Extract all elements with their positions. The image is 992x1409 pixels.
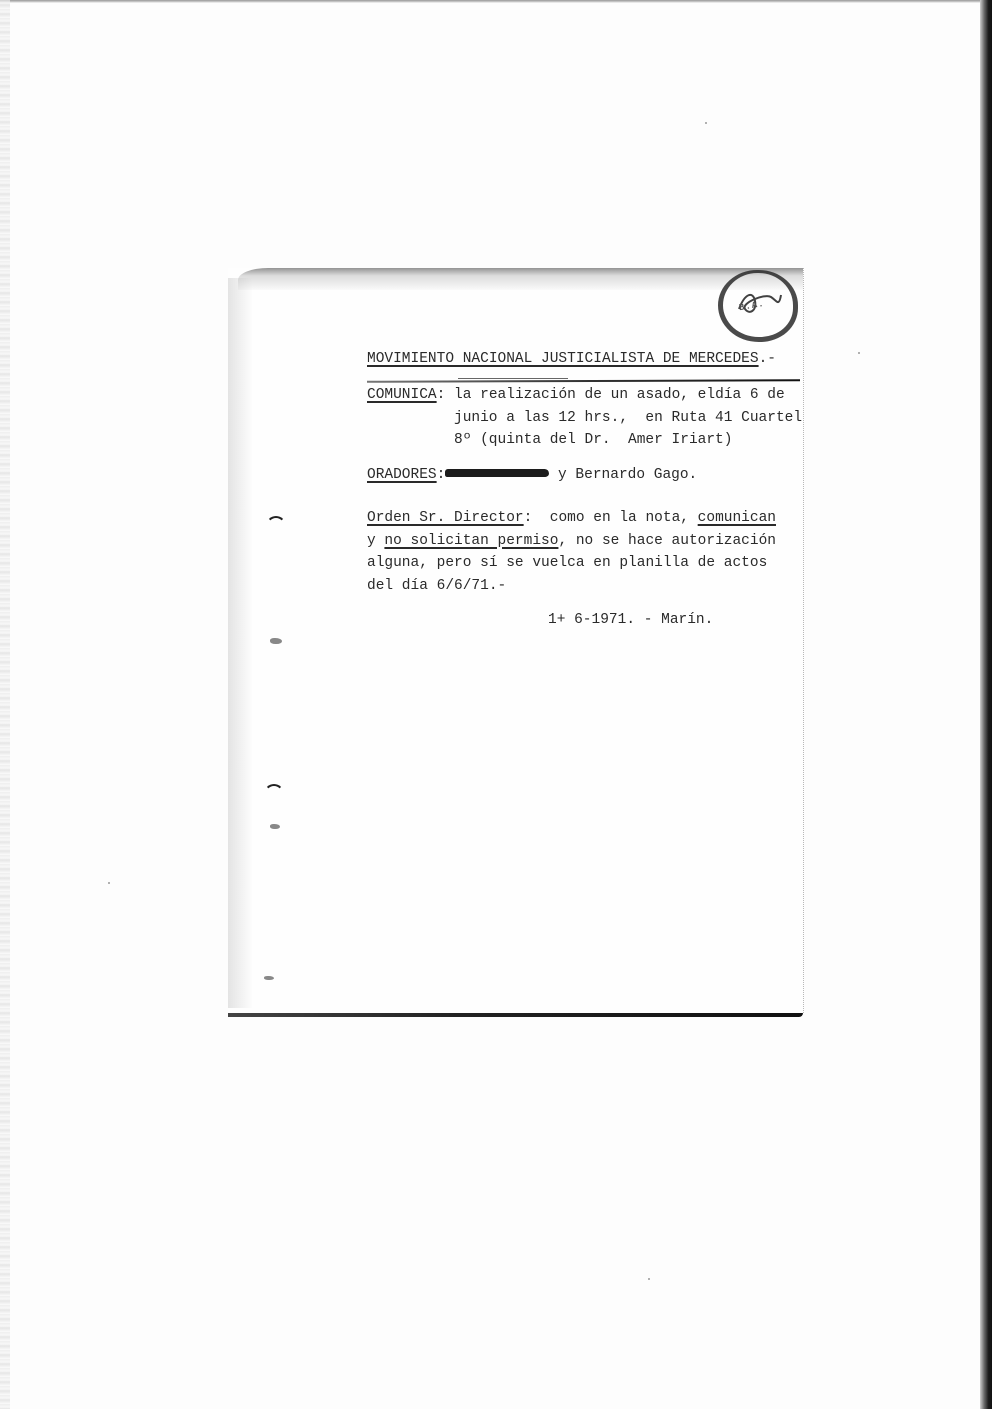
orden-label: Orden Sr. Director — [367, 510, 524, 526]
scan-border-left — [0, 0, 10, 1409]
oradores-text: y Bernardo Gago. — [549, 467, 697, 483]
oradores-separator: : — [437, 467, 446, 483]
scan-border-right — [980, 0, 992, 1409]
rubber-stamp-icon: B.A. — [718, 270, 798, 342]
header-title: MOVIMIENTO NACIONAL JUSTICIALISTA DE MER… — [367, 351, 759, 367]
card-top-shadow — [238, 268, 803, 290]
comunica-line-1: COMUNICA: la realización de un asado, el… — [367, 384, 785, 407]
signature-line: 1+ 6-1971. - Marín. — [548, 609, 713, 632]
card-left-shadow — [228, 278, 252, 1008]
scan-speck — [108, 882, 110, 884]
orden-text-1a: como en la nota, — [532, 510, 697, 526]
orden-line-2: y no solicitan permiso, no se hace autor… — [367, 530, 776, 553]
punch-hole-mark-icon — [270, 824, 280, 829]
punch-hole-icon — [264, 784, 284, 804]
oradores-line: ORADORES: y Bernardo Gago. — [367, 464, 697, 487]
orden-line-1: Orden Sr. Director: como en la nota, com… — [367, 507, 776, 530]
header-suffix: .- — [759, 351, 776, 367]
comunica-text-1: la realización de un asado, eldía 6 de — [445, 387, 784, 403]
comunica-line-3: 8º (quinta del Dr. Amer Iriart) — [454, 429, 732, 452]
orden-text-2b: no solicitan permiso — [384, 533, 558, 549]
punch-hole-icon — [266, 516, 286, 536]
document-body: MOVIMIENTO NACIONAL JUSTICIALISTA DE MER… — [367, 348, 807, 708]
orden-line-4: del día 6/6/71.- — [367, 575, 506, 598]
index-card: B.A. MOVIMIENTO NACIONAL JUSTICIALISTA D… — [228, 268, 804, 1013]
redacted-name — [445, 469, 549, 477]
punch-hole-mark-icon — [270, 638, 282, 644]
comunica-line-2: junio a las 12 hrs., en Ruta 41 Cuartel — [454, 407, 802, 430]
orden-text-1b: comunican — [698, 510, 776, 526]
scan-speck — [858, 352, 860, 354]
orden-text-2c: , no se hace autorización — [558, 533, 776, 549]
oradores-label: ORADORES — [367, 467, 437, 483]
scan-speck — [705, 122, 707, 124]
orden-line-3: alguna, pero sí se vuelca en planilla de… — [367, 552, 767, 575]
orden-text-2a: y — [367, 533, 384, 549]
card-bottom-edge — [228, 1013, 803, 1017]
punch-hole-mark-icon — [264, 976, 274, 980]
document-header: MOVIMIENTO NACIONAL JUSTICIALISTA DE MER… — [367, 348, 776, 371]
scan-border-top — [0, 0, 992, 3]
comunica-label: COMUNICA — [367, 387, 437, 403]
scan-speck — [648, 1278, 650, 1280]
